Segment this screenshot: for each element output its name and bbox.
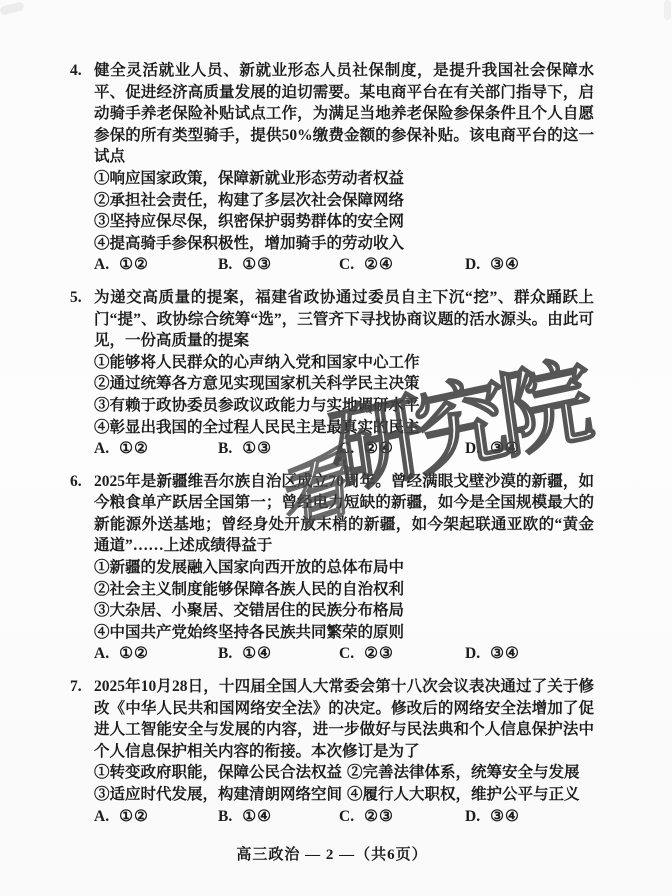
page-footer: 高三政治 — 2 —（共6页） bbox=[70, 843, 594, 864]
choice-label: C. bbox=[339, 808, 354, 825]
choice-a: A.①② bbox=[94, 254, 218, 276]
choice-nums: ③④ bbox=[490, 440, 520, 457]
option-item-2: ②承担社会责任，构建了多层次社会保障网络 bbox=[94, 190, 594, 212]
choice-nums: ③④ bbox=[490, 808, 520, 825]
choice-label: A. bbox=[94, 440, 109, 457]
choice-a: A.①② bbox=[94, 806, 218, 828]
choice-b: B.①③ bbox=[218, 438, 339, 460]
choice-d: D.③④ bbox=[465, 438, 594, 460]
choice-nums: ①④ bbox=[242, 808, 272, 825]
option-item-4: ④彰显出我国的全过程人民民主是最真实的民主 bbox=[94, 417, 594, 439]
option-item-2: ②完善法律体系，统筹安全与发展 bbox=[347, 762, 594, 784]
option-item-4: ④提高骑手参保积极性，增加骑手的劳动收入 bbox=[94, 233, 594, 255]
choice-nums: ②③ bbox=[364, 808, 394, 825]
question-5: 5. 为递交高质量的提案，福建省政协通过委员自主下沉“挖”、群众踊跃上门“提”、… bbox=[70, 287, 594, 460]
choice-c: C.②④ bbox=[339, 254, 465, 276]
question-number: 4. bbox=[70, 60, 94, 276]
choice-label: D. bbox=[465, 440, 480, 457]
question-number: 6. bbox=[70, 471, 94, 665]
choice-a: A.①② bbox=[94, 438, 218, 460]
choice-nums: ①③ bbox=[242, 256, 272, 273]
question-7: 7. 2025年10月28日，十四届全国人大常委会第十八次会议表决通过了关于修改… bbox=[70, 676, 594, 827]
choice-nums: ③④ bbox=[490, 256, 520, 273]
choice-row: A.①② B.①③ C.②④ D.③④ bbox=[94, 254, 594, 276]
option-list: ①新疆的发展融入国家向西开放的总体布局中 ②社会主义制度能够保障各族人民的自治权… bbox=[94, 557, 594, 643]
choice-row: A.①② B.①④ C.②③ D.③④ bbox=[94, 806, 594, 828]
choice-label: B. bbox=[218, 645, 232, 662]
scan-artifact-top-left bbox=[0, 1, 25, 16]
option-item-1: ①响应国家政策，保障新就业形态劳动者权益 bbox=[94, 168, 594, 190]
option-item-4: ④中国共产党始终坚持各民族共同繁荣的原则 bbox=[94, 622, 594, 644]
choice-nums: ②④ bbox=[364, 440, 394, 457]
choice-nums: ①④ bbox=[242, 645, 272, 662]
question-number: 5. bbox=[70, 287, 94, 460]
option-item-1: ①新疆的发展融入国家向西开放的总体布局中 bbox=[94, 557, 594, 579]
question-number: 7. bbox=[70, 676, 94, 827]
choice-label: D. bbox=[465, 808, 480, 825]
choice-label: A. bbox=[94, 256, 109, 273]
option-item-1: ①能够将人民群众的心声纳入党和国家中心工作 bbox=[94, 352, 594, 374]
option-item-3: ③适应时代发展，构建清朗网络空间 bbox=[94, 784, 347, 806]
scan-artifact-top-right bbox=[664, 0, 671, 20]
option-list: ①响应国家政策，保障新就业形态劳动者权益 ②承担社会责任，构建了多层次社会保障网… bbox=[94, 168, 594, 254]
choice-row: A.①② B.①③ C.②④ D.③④ bbox=[94, 438, 594, 460]
choice-label: D. bbox=[465, 256, 480, 273]
choice-nums: ①② bbox=[119, 256, 149, 273]
option-list: ①转变政府职能，保障公民合法权益 ②完善法律体系，统筹安全与发展 ③适应时代发展… bbox=[94, 762, 594, 805]
choice-d: D.③④ bbox=[465, 254, 594, 276]
choice-b: B.①④ bbox=[218, 806, 339, 828]
option-item-1: ①转变政府职能，保障公民合法权益 bbox=[94, 762, 347, 784]
choice-nums: ①② bbox=[119, 645, 149, 662]
option-list: ①能够将人民群众的心声纳入党和国家中心工作 ②通过统筹各方意见实现国家机关科学民… bbox=[94, 352, 594, 438]
choice-label: C. bbox=[339, 440, 354, 457]
choice-label: B. bbox=[218, 808, 232, 825]
choice-a: A.①② bbox=[94, 643, 218, 665]
option-item-4: ④履行人大职权，维护公平与正义 bbox=[347, 784, 594, 806]
question-stem: 2025年是新疆维吾尔族自治区成立70周年。曾经满眼戈壁沙漠的新疆，如今粮食单产… bbox=[94, 471, 594, 557]
choice-nums: ②④ bbox=[364, 256, 394, 273]
question-4: 4. 健全灵活就业人员、新就业形态人员社保制度，是提升我国社会保障水平、促进经济… bbox=[70, 60, 594, 276]
choice-c: C.②③ bbox=[339, 806, 465, 828]
choice-c: C.②③ bbox=[339, 643, 465, 665]
option-item-2: ②通过统筹各方意见实现国家机关科学民主决策 bbox=[94, 373, 594, 395]
choice-label: C. bbox=[339, 256, 354, 273]
choice-b: B.①③ bbox=[218, 254, 339, 276]
choice-d: D.③④ bbox=[465, 806, 594, 828]
choice-label: D. bbox=[465, 645, 480, 662]
question-6: 6. 2025年是新疆维吾尔族自治区成立70周年。曾经满眼戈壁沙漠的新疆，如今粮… bbox=[70, 471, 594, 665]
choice-d: D.③④ bbox=[465, 643, 594, 665]
choice-c: C.②④ bbox=[339, 438, 465, 460]
question-stem: 健全灵活就业人员、新就业形态人员社保制度，是提升我国社会保障水平、促进经济高质量… bbox=[94, 60, 594, 168]
choice-nums: ②③ bbox=[364, 645, 394, 662]
question-stem: 为递交高质量的提案，福建省政协通过委员自主下沉“挖”、群众踊跃上门“提”、政协综… bbox=[94, 287, 594, 352]
question-stem: 2025年10月28日，十四届全国人大常委会第十八次会议表决通过了关于修改《中华… bbox=[94, 676, 594, 762]
choice-label: A. bbox=[94, 645, 109, 662]
option-item-3: ③有赖于政协委员参政议政能力与实地调研水平 bbox=[94, 395, 594, 417]
choice-label: B. bbox=[218, 440, 232, 457]
option-item-3: ③大杂居、小聚居、交错居住的民族分布格局 bbox=[94, 600, 594, 622]
choice-nums: ①② bbox=[119, 440, 149, 457]
choice-nums: ①③ bbox=[242, 440, 272, 457]
option-item-3: ③坚持应保尽保，织密保护弱势群体的安全网 bbox=[94, 211, 594, 233]
choice-b: B.①④ bbox=[218, 643, 339, 665]
choice-row: A.①② B.①④ C.②③ D.③④ bbox=[94, 643, 594, 665]
choice-label: A. bbox=[94, 808, 109, 825]
exam-page: 4. 健全灵活就业人员、新就业形态人员社保制度，是提升我国社会保障水平、促进经济… bbox=[0, 0, 672, 896]
choice-nums: ③④ bbox=[490, 645, 520, 662]
option-item-2: ②社会主义制度能够保障各族人民的自治权利 bbox=[94, 579, 594, 601]
choice-label: C. bbox=[339, 645, 354, 662]
choice-nums: ①② bbox=[119, 808, 149, 825]
choice-label: B. bbox=[218, 256, 232, 273]
